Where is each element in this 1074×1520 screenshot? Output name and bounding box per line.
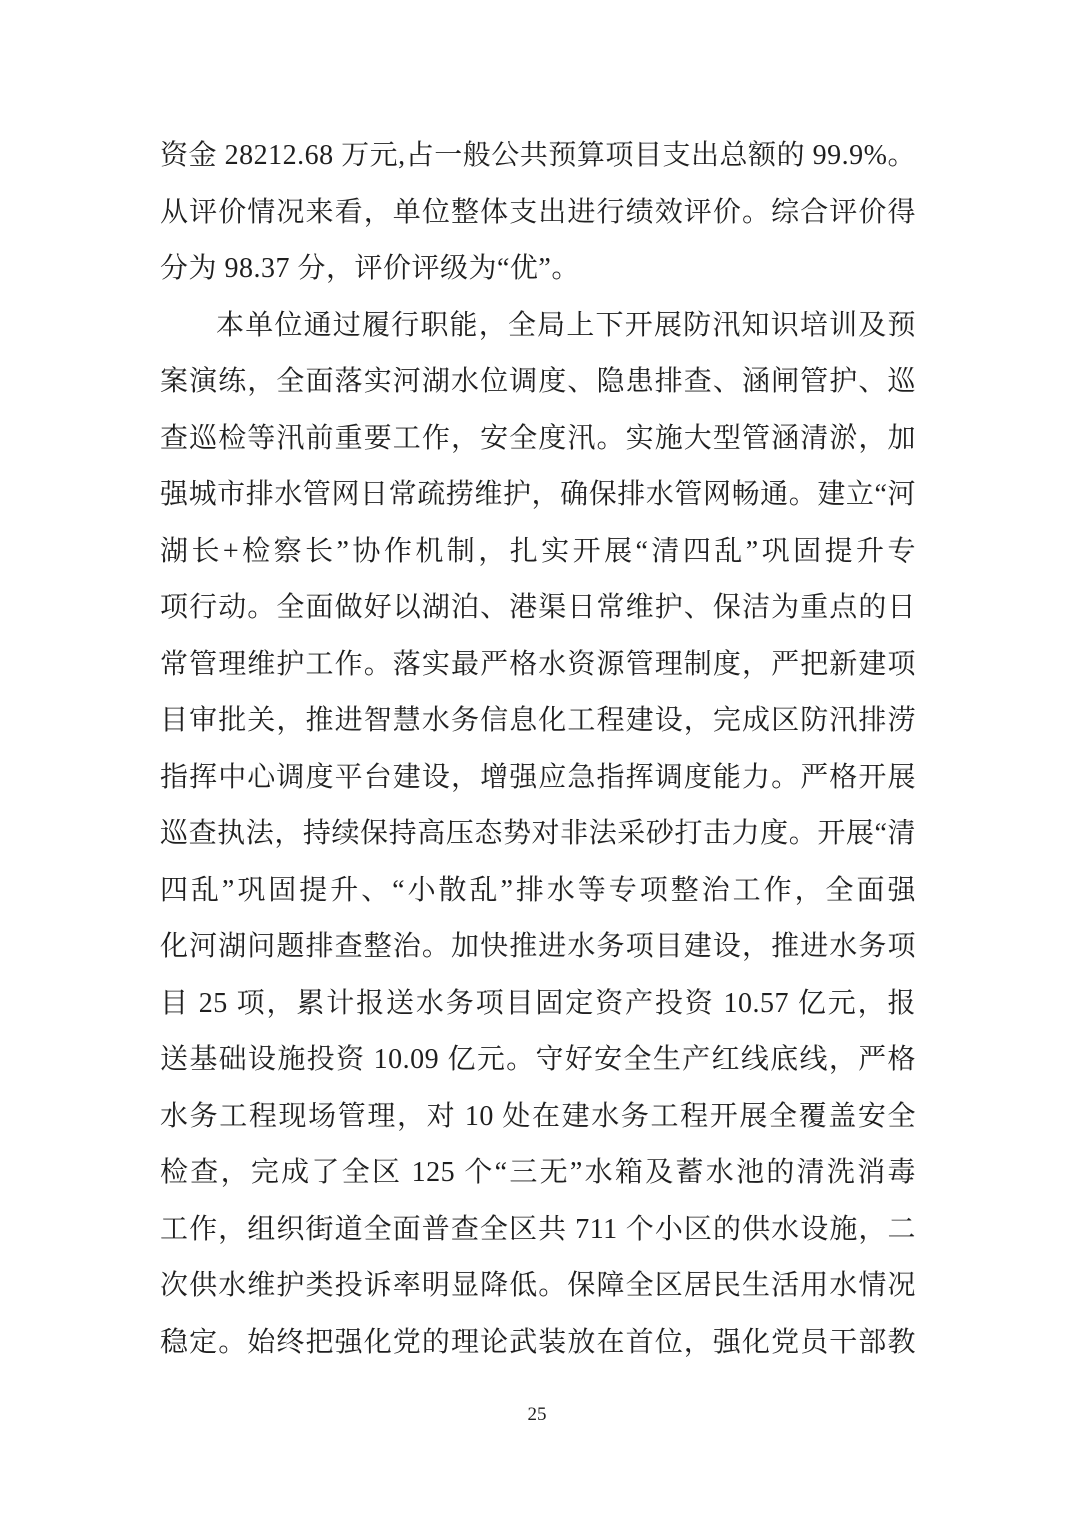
- text-line: 次供水维护类投诉率明显降低。保障全区居民生活用水情况: [160, 1258, 916, 1315]
- text-line: 分为 98.37 分，评价评级为“优”。: [160, 241, 916, 298]
- text-line: 检查，完成了全区 125 个“三无”水箱及蓄水池的清洗消毒: [160, 1145, 916, 1202]
- text-line: 案演练，全面落实河湖水位调度、隐患排查、涵闸管护、巡: [160, 354, 916, 411]
- text-line: 稳定。始终把强化党的理论武装放在首位，强化党员干部教: [160, 1315, 916, 1372]
- text-line: 四乱”巩固提升、“小散乱”排水等专项整治工作，全面强: [160, 863, 916, 920]
- text-line: 巡查执法，持续保持高压态势对非法采砂打击力度。开展“清: [160, 806, 916, 863]
- text-line: 查巡检等汛前重要工作，安全度汛。实施大型管涵清淤，加: [160, 411, 916, 468]
- text-line: 项行动。全面做好以湖泊、港渠日常维护、保洁为重点的日: [160, 580, 916, 637]
- text-line: 目 25 项，累计报送水务项目固定资产投资 10.57 亿元，报: [160, 976, 916, 1033]
- text-line: 常管理维护工作。落实最严格水资源管理制度，严把新建项: [160, 637, 916, 694]
- text-line: 水务工程现场管理，对 10 处在建水务工程开展全覆盖安全: [160, 1089, 916, 1146]
- text-line: 指挥中心调度平台建设，增强应急指挥调度能力。严格开展: [160, 750, 916, 807]
- text-line: 送基础设施投资 10.09 亿元。守好安全生产红线底线，严格: [160, 1032, 916, 1089]
- document-page: 资金 28212.68 万元,占一般公共预算项目支出总额的 99.9%。 从评价…: [0, 0, 1074, 1520]
- document-body: 资金 28212.68 万元,占一般公共预算项目支出总额的 99.9%。 从评价…: [160, 128, 916, 1371]
- text-line: 强城市排水管网日常疏捞维护，确保排水管网畅通。建立“河: [160, 467, 916, 524]
- text-line: 化河湖问题排查整治。加快推进水务项目建设，推进水务项: [160, 919, 916, 976]
- text-line: 从评价情况来看，单位整体支出进行绩效评价。综合评价得: [160, 185, 916, 242]
- text-line: 资金 28212.68 万元,占一般公共预算项目支出总额的 99.9%。: [160, 128, 916, 185]
- page-number: 25: [0, 1402, 1074, 1428]
- text-line: 本单位通过履行职能，全局上下开展防汛知识培训及预: [160, 298, 916, 355]
- text-line: 工作，组织街道全面普查全区共 711 个小区的供水设施，二: [160, 1202, 916, 1259]
- text-line: 湖长+检察长”协作机制，扎实开展“清四乱”巩固提升专: [160, 524, 916, 581]
- text-line: 目审批关，推进智慧水务信息化工程建设，完成区防汛排涝: [160, 693, 916, 750]
